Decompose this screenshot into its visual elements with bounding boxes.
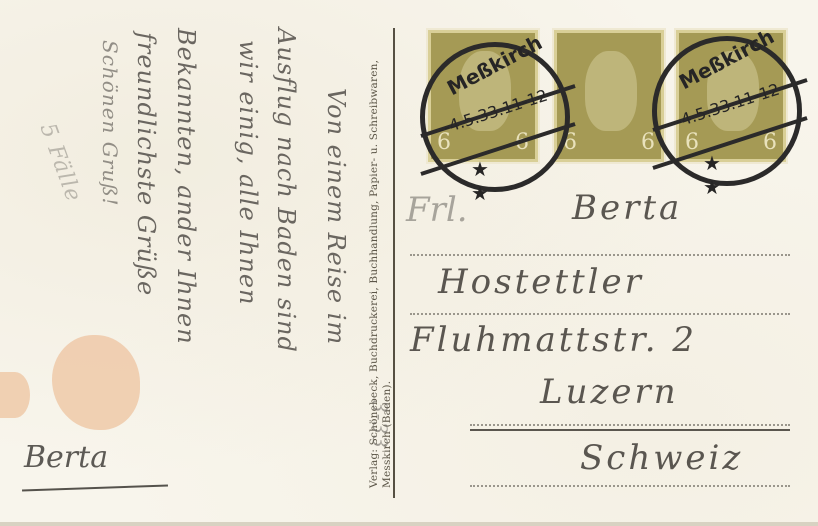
- stamp-value: 6: [641, 130, 655, 155]
- signature: Berta: [24, 440, 108, 475]
- stain-large: [52, 335, 140, 430]
- address-line-2: [410, 313, 790, 315]
- message-line-6: Schönen Gruß!: [98, 40, 122, 207]
- message-line-4: Bekannten, ander Ihnen: [172, 28, 200, 345]
- signature-underline: [22, 484, 168, 491]
- address-city: Luzern: [540, 372, 679, 412]
- postmark-stars: ★ ★: [471, 157, 565, 205]
- address-street: Fluhmattstr. 2: [410, 320, 697, 360]
- message-line-3: wir einig, alle Ihnen: [234, 40, 262, 306]
- address-line-3: [470, 424, 790, 426]
- postcard: Verlag: Schönebeck, Buchdruckerei, Buchh…: [0, 0, 818, 526]
- pencil-marks: 3-33: [368, 400, 392, 449]
- postmark-2: Meßkirch -4.5.33.11-12 ★ ★: [652, 36, 802, 186]
- margin-note: 5 Fälle: [35, 120, 87, 206]
- address-underline: [470, 429, 790, 431]
- message-line-2: Ausflug nach Baden sind: [272, 28, 300, 353]
- address-name: Berta: [572, 188, 682, 228]
- card-edge: [0, 522, 818, 526]
- address-line-4: [470, 485, 790, 487]
- message-line-1: Von einem Reise im: [322, 88, 350, 345]
- message-line-5: freundlichste Grüße: [132, 32, 160, 296]
- address-salutation: Frl.: [406, 190, 468, 230]
- stain-small: [0, 372, 30, 418]
- address-country: Schweiz: [580, 438, 743, 478]
- address-line-1: [410, 254, 790, 256]
- postmark-1: Meßkirch -4.5.33.11-12 ★ ★: [420, 42, 570, 192]
- postmark-stars: ★ ★: [703, 151, 797, 199]
- address-surname: Hostettler: [438, 262, 644, 302]
- stamp-2: 6 6: [554, 30, 664, 162]
- portrait: [585, 51, 637, 131]
